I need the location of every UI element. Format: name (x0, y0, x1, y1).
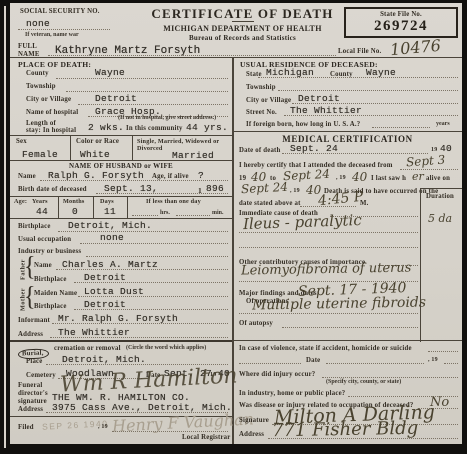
filed-line (112, 431, 228, 432)
bureau-name: Bureau of Records and Statistics (150, 34, 335, 42)
age-row-rule (10, 218, 232, 219)
injury-where-line (322, 377, 458, 378)
last-saw-fill: er (412, 170, 424, 183)
autopsy-line (282, 327, 418, 328)
certify-19b: , 19 (336, 175, 346, 181)
maiden-name-label: Maiden Name (34, 290, 77, 297)
attended-to-year: 40 (352, 170, 367, 184)
attended-to-date: Sept 24 (283, 167, 331, 183)
father-name-label: Name (34, 262, 52, 269)
age-if-alive-label: Age, if alive (152, 173, 189, 180)
informant-address-label: Address (18, 331, 43, 338)
father-name-line (56, 269, 228, 270)
violence-line-1 (428, 351, 458, 352)
contributory-value: Leiomyofibroma of uterus (241, 261, 412, 279)
state-file-number: 269724 (346, 18, 456, 35)
certify-19c: , 19 (290, 188, 300, 194)
mother-birthplace-line (74, 309, 228, 310)
violence-section-rule (233, 340, 462, 341)
mother-birthplace-label: Birthplace (34, 303, 67, 310)
violence-year-label: , 19 (428, 357, 438, 363)
sex-value: Female (22, 149, 58, 160)
birth-date-line (96, 193, 228, 194)
last-saw-text: I last saw h (371, 175, 406, 182)
ssn-underline (18, 29, 110, 30)
birthplace-label: Birthplace (18, 223, 51, 230)
stay-community-value: 44 yrs. (186, 122, 228, 133)
father-birthplace-line (74, 282, 228, 283)
registrar-label: Local Registrar (182, 434, 231, 441)
autopsy-label: Of autopsy (239, 320, 273, 327)
certificate-title: CERTIFICATE OF DEATH (150, 6, 335, 22)
spouse-name-label: Name (18, 173, 36, 180)
informant-label: Informant (18, 317, 50, 324)
pod-city-value: Detroit (95, 93, 137, 104)
occupation-value: none (100, 232, 124, 243)
hospital-label: Name of hospital (26, 109, 78, 116)
years-col-label: Years (32, 198, 48, 205)
m-label: M. (360, 200, 369, 207)
physician-signature-label: Signature (239, 417, 269, 424)
violence-year-line (444, 363, 458, 364)
age-col-divider-1 (58, 196, 59, 218)
department-name: MICHIGAN DEPARTMENT OF HEALTH (150, 24, 335, 33)
less-than-day-label: If less than one day (146, 198, 201, 205)
physician-address-line (268, 438, 458, 439)
full-name-underline (48, 55, 336, 56)
min-label: min. (212, 210, 224, 216)
birth-row-rule (10, 196, 232, 197)
foreign-born-label: If foreign born, how long in U. S. A.? (246, 121, 360, 128)
industry-line (86, 256, 228, 257)
duration-divider (420, 188, 421, 342)
age-col-divider-3 (127, 196, 128, 218)
age-years-value: 44 (36, 206, 48, 217)
race-label: Color or Race (76, 138, 119, 145)
birth-date-label: Birth date of deceased (18, 186, 87, 193)
street-label: Street No. (246, 109, 277, 116)
duration-top-rule (420, 188, 462, 189)
informant-line (52, 323, 228, 324)
medical-heading: MEDICAL CERTIFICATION (233, 134, 462, 144)
veteran-note: If veteran, name war (25, 32, 79, 38)
attended-from-date: Sept 3 (406, 153, 446, 170)
pod-county-line (56, 78, 228, 79)
res-state-line (258, 77, 458, 78)
age-col-divider-2 (93, 196, 94, 218)
pod-city-line (78, 104, 228, 105)
circle-note: (Circle the word which applies) (126, 345, 206, 351)
medical-section-rule (233, 131, 462, 132)
father-birthplace-label: Birthplace (34, 276, 67, 283)
operations-finding: Multiple uterine fibroids (252, 294, 426, 313)
pod-township-label: Township (26, 83, 56, 90)
sex-label: Sex (16, 138, 27, 145)
certify-line1-fill (400, 169, 458, 170)
violence-label: In case of violence, state if accident, … (239, 345, 412, 352)
age-label: Age: (14, 198, 27, 205)
months-col-label: Months (63, 198, 85, 205)
ssn-value: none (26, 18, 50, 29)
race-col-divider (132, 135, 133, 160)
burial-options-label: cremation or removal (54, 345, 121, 352)
duration-label: Duration (426, 193, 454, 200)
res-city-line (292, 103, 458, 104)
violence-line-2 (239, 363, 301, 364)
death-year-prefix: 19 (431, 147, 437, 153)
operations-line (239, 313, 418, 314)
binding-edge-line (4, 6, 6, 448)
pod-bottom-rule (10, 135, 232, 136)
date-of-death-line (282, 153, 428, 154)
state-file-box: State File No. 269724 (344, 7, 458, 38)
filed-label: Filed (18, 424, 34, 431)
duration-value: 5 da (428, 212, 452, 225)
title-rule (232, 21, 254, 22)
res-township-line (278, 90, 458, 91)
scan-border-bottom (0, 444, 467, 454)
scan-border-right (462, 0, 467, 454)
res-city-label: City or Village (246, 97, 291, 104)
street-line (284, 115, 458, 116)
last-saw-date: Sept 24 (241, 180, 289, 196)
age-months-value: 0 (72, 206, 78, 217)
foreign-born-line (372, 127, 430, 128)
days-col-label: Days (100, 198, 114, 205)
mother-name-line (78, 296, 228, 297)
scan-border-top (0, 0, 467, 3)
violence-date-label: Date (306, 357, 320, 364)
stay-label-2: stay: In hospital (26, 127, 76, 134)
occupation-label: Usual occupation (18, 236, 71, 243)
age-days-value: 11 (104, 206, 116, 217)
hrs-label: hrs. (160, 210, 170, 216)
stay-label-1: Length of (26, 120, 56, 127)
spouse-line (40, 180, 228, 181)
occupation-line (80, 243, 228, 244)
ssn-label: SOCIAL SECURITY NO. (20, 8, 100, 15)
min-line (176, 215, 210, 216)
hrs-line (132, 215, 158, 216)
res-township-label: Township (246, 84, 276, 91)
local-file-label: Local File No. (338, 48, 381, 55)
cause-line-2 (239, 247, 418, 248)
sex-col-divider (70, 135, 71, 160)
community-label: In this community (126, 125, 183, 132)
birthplace-line (58, 231, 228, 232)
spouse-heading: NAME OF HUSBAND or WIFE (10, 162, 232, 170)
scanned-death-certificate: SOCIAL SECURITY NO. none If veteran, nam… (0, 0, 467, 454)
date-of-death-label: Date of death (239, 147, 281, 154)
sex-row-rule (10, 160, 232, 161)
stay-hospital-value: 2 wks. (88, 122, 124, 133)
burial-place-label: Place (26, 358, 42, 365)
foreign-years-label: years (436, 121, 450, 127)
pod-county-label: County (26, 70, 49, 77)
informant-address-line (50, 337, 228, 338)
pod-city-label: City or Village (26, 96, 71, 103)
cemetery-label: Cemetery (26, 372, 56, 379)
race-value: White (80, 149, 110, 160)
pod-county-value: Wayne (95, 67, 125, 78)
hospital-note: (If not in hospital, give street address… (118, 115, 216, 121)
injury-where-label: Where did injury occur? (239, 371, 315, 378)
physician-address-label: Address (239, 431, 264, 438)
certify-19a: 19 (239, 175, 246, 182)
alive-on-text: alive on (426, 175, 450, 182)
filed-year-label: , 19 (98, 424, 108, 430)
injury-place-label: In industry, home or public place? (239, 390, 345, 397)
injury-where-note: (Specify city, county, or state) (326, 379, 401, 385)
death-time-line (300, 206, 356, 207)
pod-township-line (66, 91, 228, 92)
director-address-label: Address (18, 406, 43, 413)
state-file-label: State File No. (346, 11, 456, 18)
violence-date-line (326, 363, 424, 364)
cause-line-1 (239, 232, 418, 233)
stated-above-text: date stated above at (239, 200, 301, 207)
birthplace-value: Detroit, Mich. (68, 220, 152, 231)
header-divider (10, 57, 462, 58)
place-of-death-heading: PLACE OF DEATH: (18, 60, 91, 69)
